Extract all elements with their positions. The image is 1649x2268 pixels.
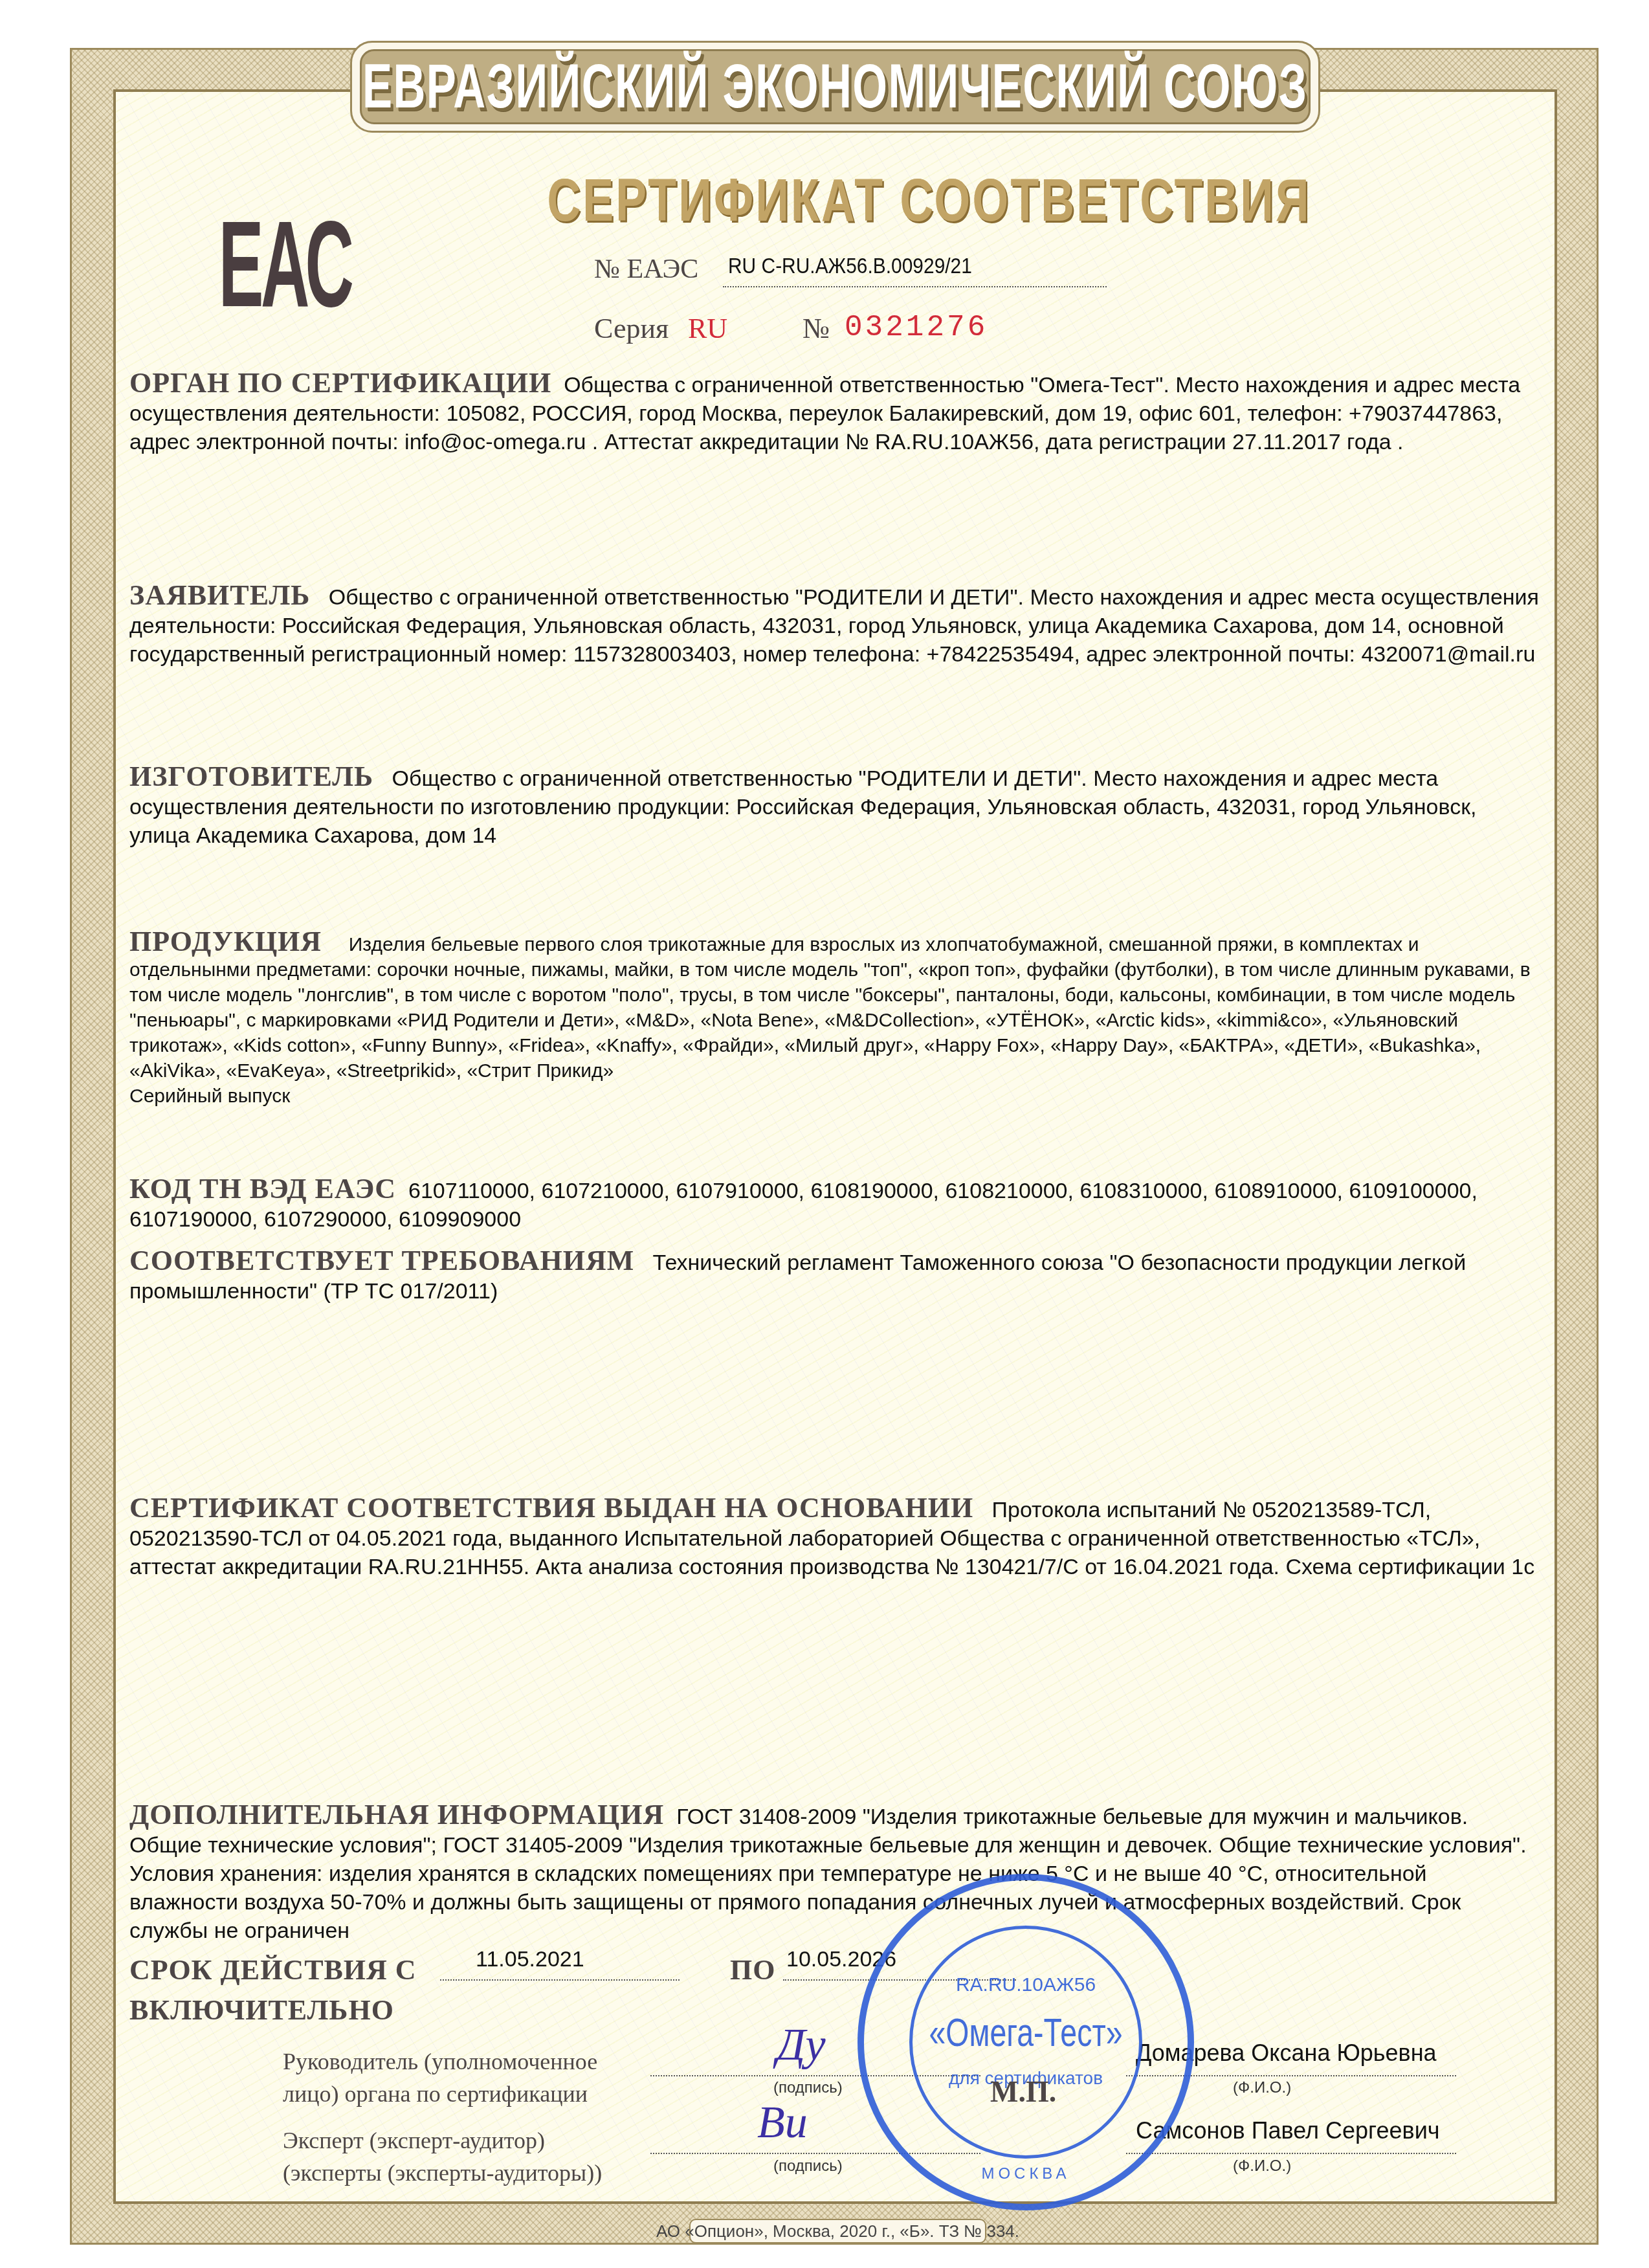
section-manufacturer: ИЗГОТОВИТЕЛЬ Общество с ограниченной отв… <box>129 762 1540 850</box>
section-tn-ved: КОД ТН ВЭД ЕАЭС 6107110000, 6107210000, … <box>129 1175 1540 1234</box>
section-heading: КОД ТН ВЭД ЕАЭС <box>129 1173 396 1205</box>
stamp-name: «Омега-Тест» <box>905 2010 1147 2056</box>
registration-number-label: № ЕАЭС <box>594 254 698 285</box>
validity-inclusive-label: ВКЛЮЧИТЕЛЬНО <box>129 1994 394 2027</box>
series-label: Серия <box>594 312 669 345</box>
expert-name: Самсонов Павел Сергеевич <box>1136 2117 1440 2145</box>
head-signature-caption: (подпись) <box>773 2079 843 2097</box>
validity-from-value: 11.05.2021 <box>476 1945 584 1973</box>
section-requirements: СООТВЕТСТВУЕТ ТРЕБОВАНИЯМ Технический ре… <box>129 1247 1540 1306</box>
section-text: Изделия бельевые первого слоя трикотажны… <box>129 934 1531 1082</box>
expert-label-line-2: (эксперты (эксперты-аудиторы)) <box>283 2157 602 2189</box>
printer-imprint: АО «Опцион», Москва, 2020 г., «Б». ТЗ № … <box>689 2219 986 2243</box>
section-certification-body: ОРГАН ПО СЕРТИФИКАЦИИ Общества с огранич… <box>129 369 1540 456</box>
document-title: СЕРТИФИКАТ СООТВЕТСТВИЯ <box>547 167 1122 235</box>
blank-number-label: № <box>802 312 830 345</box>
section-basis: СЕРТИФИКАТ СООТВЕТСТВИЯ ВЫДАН НА ОСНОВАН… <box>129 1494 1540 1581</box>
head-label-line-2: лицо) органа по сертификации <box>283 2078 597 2110</box>
section-text: Общество с ограниченной ответственностью… <box>129 585 1539 667</box>
stamp-city: МОСКВА <box>864 2165 1188 2183</box>
blank-number-value: 0321276 <box>845 311 988 344</box>
expert-name-line <box>1126 2153 1456 2154</box>
validity-to-label: ПО <box>730 1953 775 1986</box>
section-heading: СЕРТИФИКАТ СООТВЕТСТВИЯ ВЫДАН НА ОСНОВАН… <box>129 1492 973 1524</box>
section-heading: ОРГАН ПО СЕРТИФИКАЦИИ <box>129 367 551 399</box>
head-signature-icon: Ду <box>777 2019 826 2071</box>
header-banner-plate: ЕВРАЗИЙСКИЙ ЭКОНОМИЧЕСКИЙ СОЮЗ <box>360 49 1311 124</box>
validity-from-underline <box>440 1979 680 1981</box>
section-applicant: ЗАЯВИТЕЛЬ Общество с ограниченной ответс… <box>129 581 1540 669</box>
validity-from-label: СРОК ДЕЙСТВИЯ С <box>129 1953 417 1986</box>
stamp-accreditation: RA.RU.10АЖ56 <box>864 1974 1188 1996</box>
section-additional-info: ДОПОЛНИТЕЛЬНАЯ ИНФОРМАЦИЯ ГОСТ 31408-200… <box>129 1801 1540 1945</box>
section-products: ПРОДУКЦИЯ Изделия бельевые первого слоя … <box>129 929 1540 1109</box>
header-banner: ЕВРАЗИЙСКИЙ ЭКОНОМИЧЕСКИЙ СОЮЗ <box>350 41 1320 133</box>
release-type: Серийный выпуск <box>129 1084 1540 1109</box>
section-heading: ИЗГОТОВИТЕЛЬ <box>129 761 373 792</box>
head-name-caption: (Ф.И.О.) <box>1233 2079 1291 2097</box>
expert-label: Эксперт (эксперт-аудитор) (эксперты (экс… <box>283 2124 602 2189</box>
section-heading: ЗАЯВИТЕЛЬ <box>129 579 310 611</box>
expert-name-caption: (Ф.И.О.) <box>1233 2157 1291 2175</box>
section-heading: СООТВЕТСТВУЕТ ТРЕБОВАНИЯМ <box>129 1245 634 1276</box>
series-value: RU <box>688 312 727 345</box>
registration-number-underline <box>723 286 1107 287</box>
head-label-line-1: Руководитель (уполномоченное <box>283 2045 597 2078</box>
expert-signature-caption: (подпись) <box>773 2157 843 2175</box>
expert-label-line-1: Эксперт (эксперт-аудитор) <box>283 2124 602 2157</box>
eac-mark: ЕАС <box>219 203 351 326</box>
union-name: ЕВРАЗИЙСКИЙ ЭКОНОМИЧЕСКИЙ СОЮЗ <box>362 51 1307 122</box>
eac-logo-icon: ЕАС <box>236 217 333 311</box>
seal-place-label: М.П. <box>990 2074 1056 2109</box>
registration-number-value: RU С-RU.АЖ56.В.00929/21 <box>728 254 972 279</box>
section-heading: ПРОДУКЦИЯ <box>129 926 322 957</box>
head-of-body-label: Руководитель (уполномоченное лицо) орган… <box>283 2045 597 2110</box>
section-heading: ДОПОЛНИТЕЛЬНАЯ ИНФОРМАЦИЯ <box>129 1799 664 1830</box>
official-stamp-icon: RA.RU.10АЖ56 «Омега-Тест» для сертификат… <box>858 1874 1194 2210</box>
expert-signature-icon: Ви <box>757 2097 808 2149</box>
